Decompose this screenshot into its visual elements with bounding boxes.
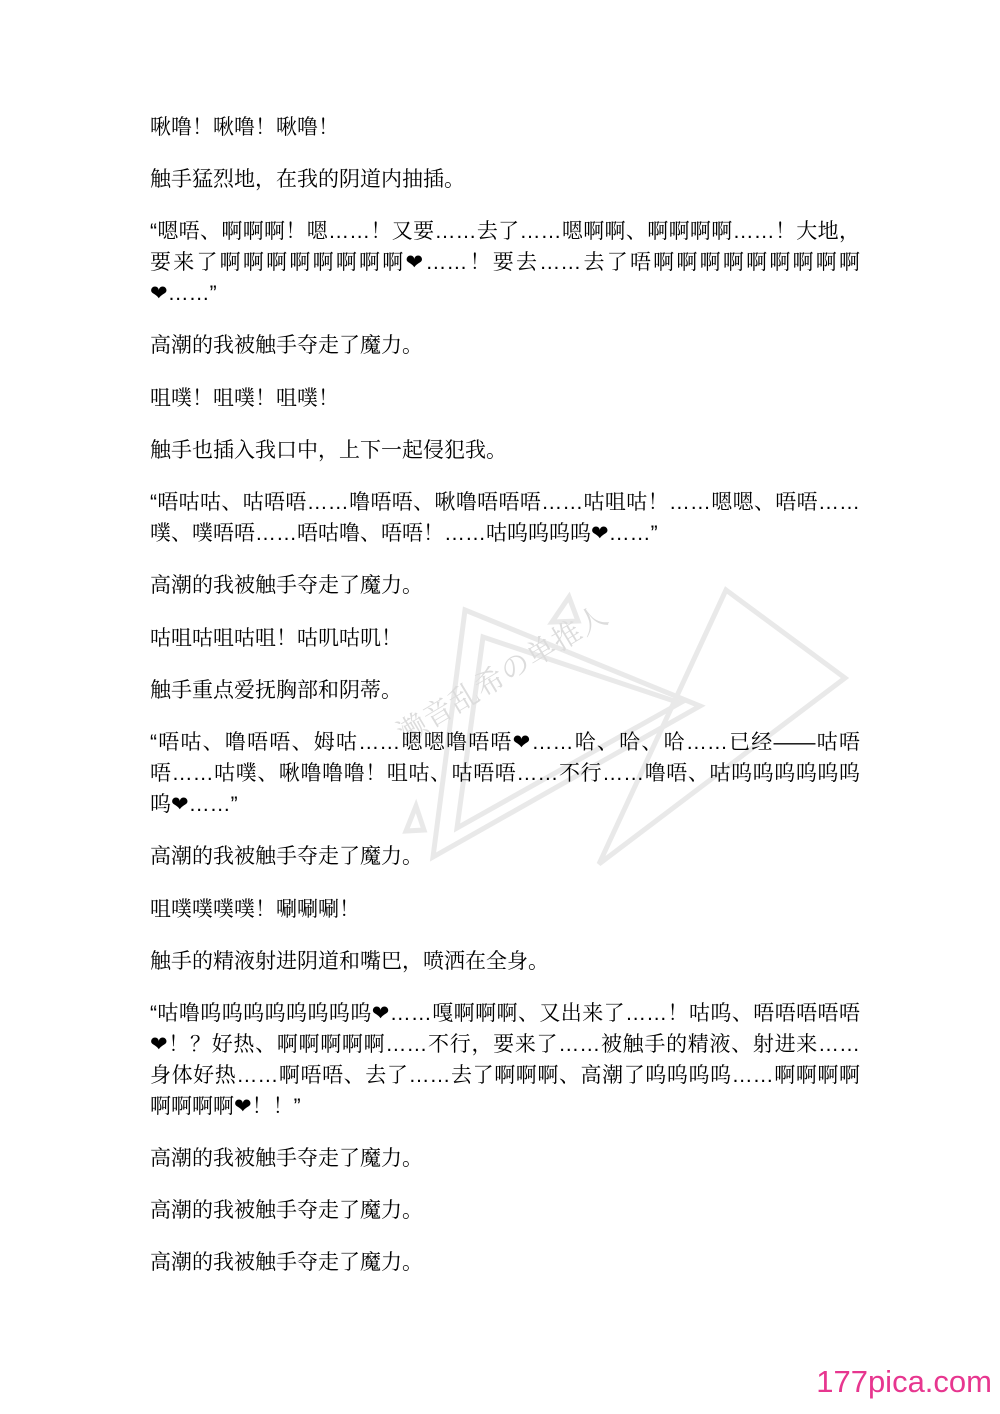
dialogue-line: “唔咕、噜唔唔、姆咕……嗯嗯噜唔唔❤……哈、哈、哈……已经——咕唔唔……咕噗、啾… (150, 727, 860, 820)
result-line: 高潮的我被触手夺走了魔力。 (150, 841, 860, 872)
sfx-line: 咀噗！咀噗！咀噗！ (150, 383, 860, 414)
dialogue-line: “嗯唔、啊啊啊！嗯……！又要……去了……嗯啊啊、啊啊啊啊……！大地，要来了啊啊啊… (150, 216, 860, 309)
sfx-line: 咀噗噗噗噗！唰唰唰！ (150, 894, 860, 925)
result-line: 高潮的我被触手夺走了魔力。 (150, 570, 860, 601)
sfx-line: 啾噜！啾噜！啾噜！ (150, 112, 860, 143)
dialogue-line: “唔咕咕、咕唔唔……噜唔唔、啾噜唔唔唔……咕咀咕！……嗯嗯、唔唔……噗、噗唔唔…… (150, 487, 860, 549)
story-text: 啾噜！啾噜！啾噜！ 触手猛烈地，在我的阴道内抽插。 “嗯唔、啊啊啊！嗯……！又要… (150, 112, 860, 1299)
result-line: 高潮的我被触手夺走了魔力。 (150, 1143, 860, 1174)
story-page: 濑音乱希の单推人 啾噜！啾噜！啾噜！ 触手猛烈地，在我的阴道内抽插。 “嗯唔、啊… (0, 0, 1000, 1414)
narration-line: 触手也插入我口中，上下一起侵犯我。 (150, 435, 860, 466)
result-line: 高潮的我被触手夺走了魔力。 (150, 330, 860, 361)
narration-line: 触手猛烈地，在我的阴道内抽插。 (150, 164, 860, 195)
result-line: 高潮的我被触手夺走了魔力。 (150, 1195, 860, 1226)
dialogue-line: “咕噜呜呜呜呜呜呜呜呜❤……嘎啊啊啊、又出来了……！咕呜、唔唔唔唔唔❤！？好热、… (150, 998, 860, 1122)
narration-line: 触手的精液射进阴道和嘴巴，喷洒在全身。 (150, 946, 860, 977)
narration-line: 触手重点爱抚胸部和阴蒂。 (150, 675, 860, 706)
result-line: 高潮的我被触手夺走了魔力。 (150, 1247, 860, 1278)
site-watermark: 177pica.com (816, 1364, 992, 1400)
sfx-line: 咕咀咕咀咕咀！咕叽咕叽！ (150, 623, 860, 654)
